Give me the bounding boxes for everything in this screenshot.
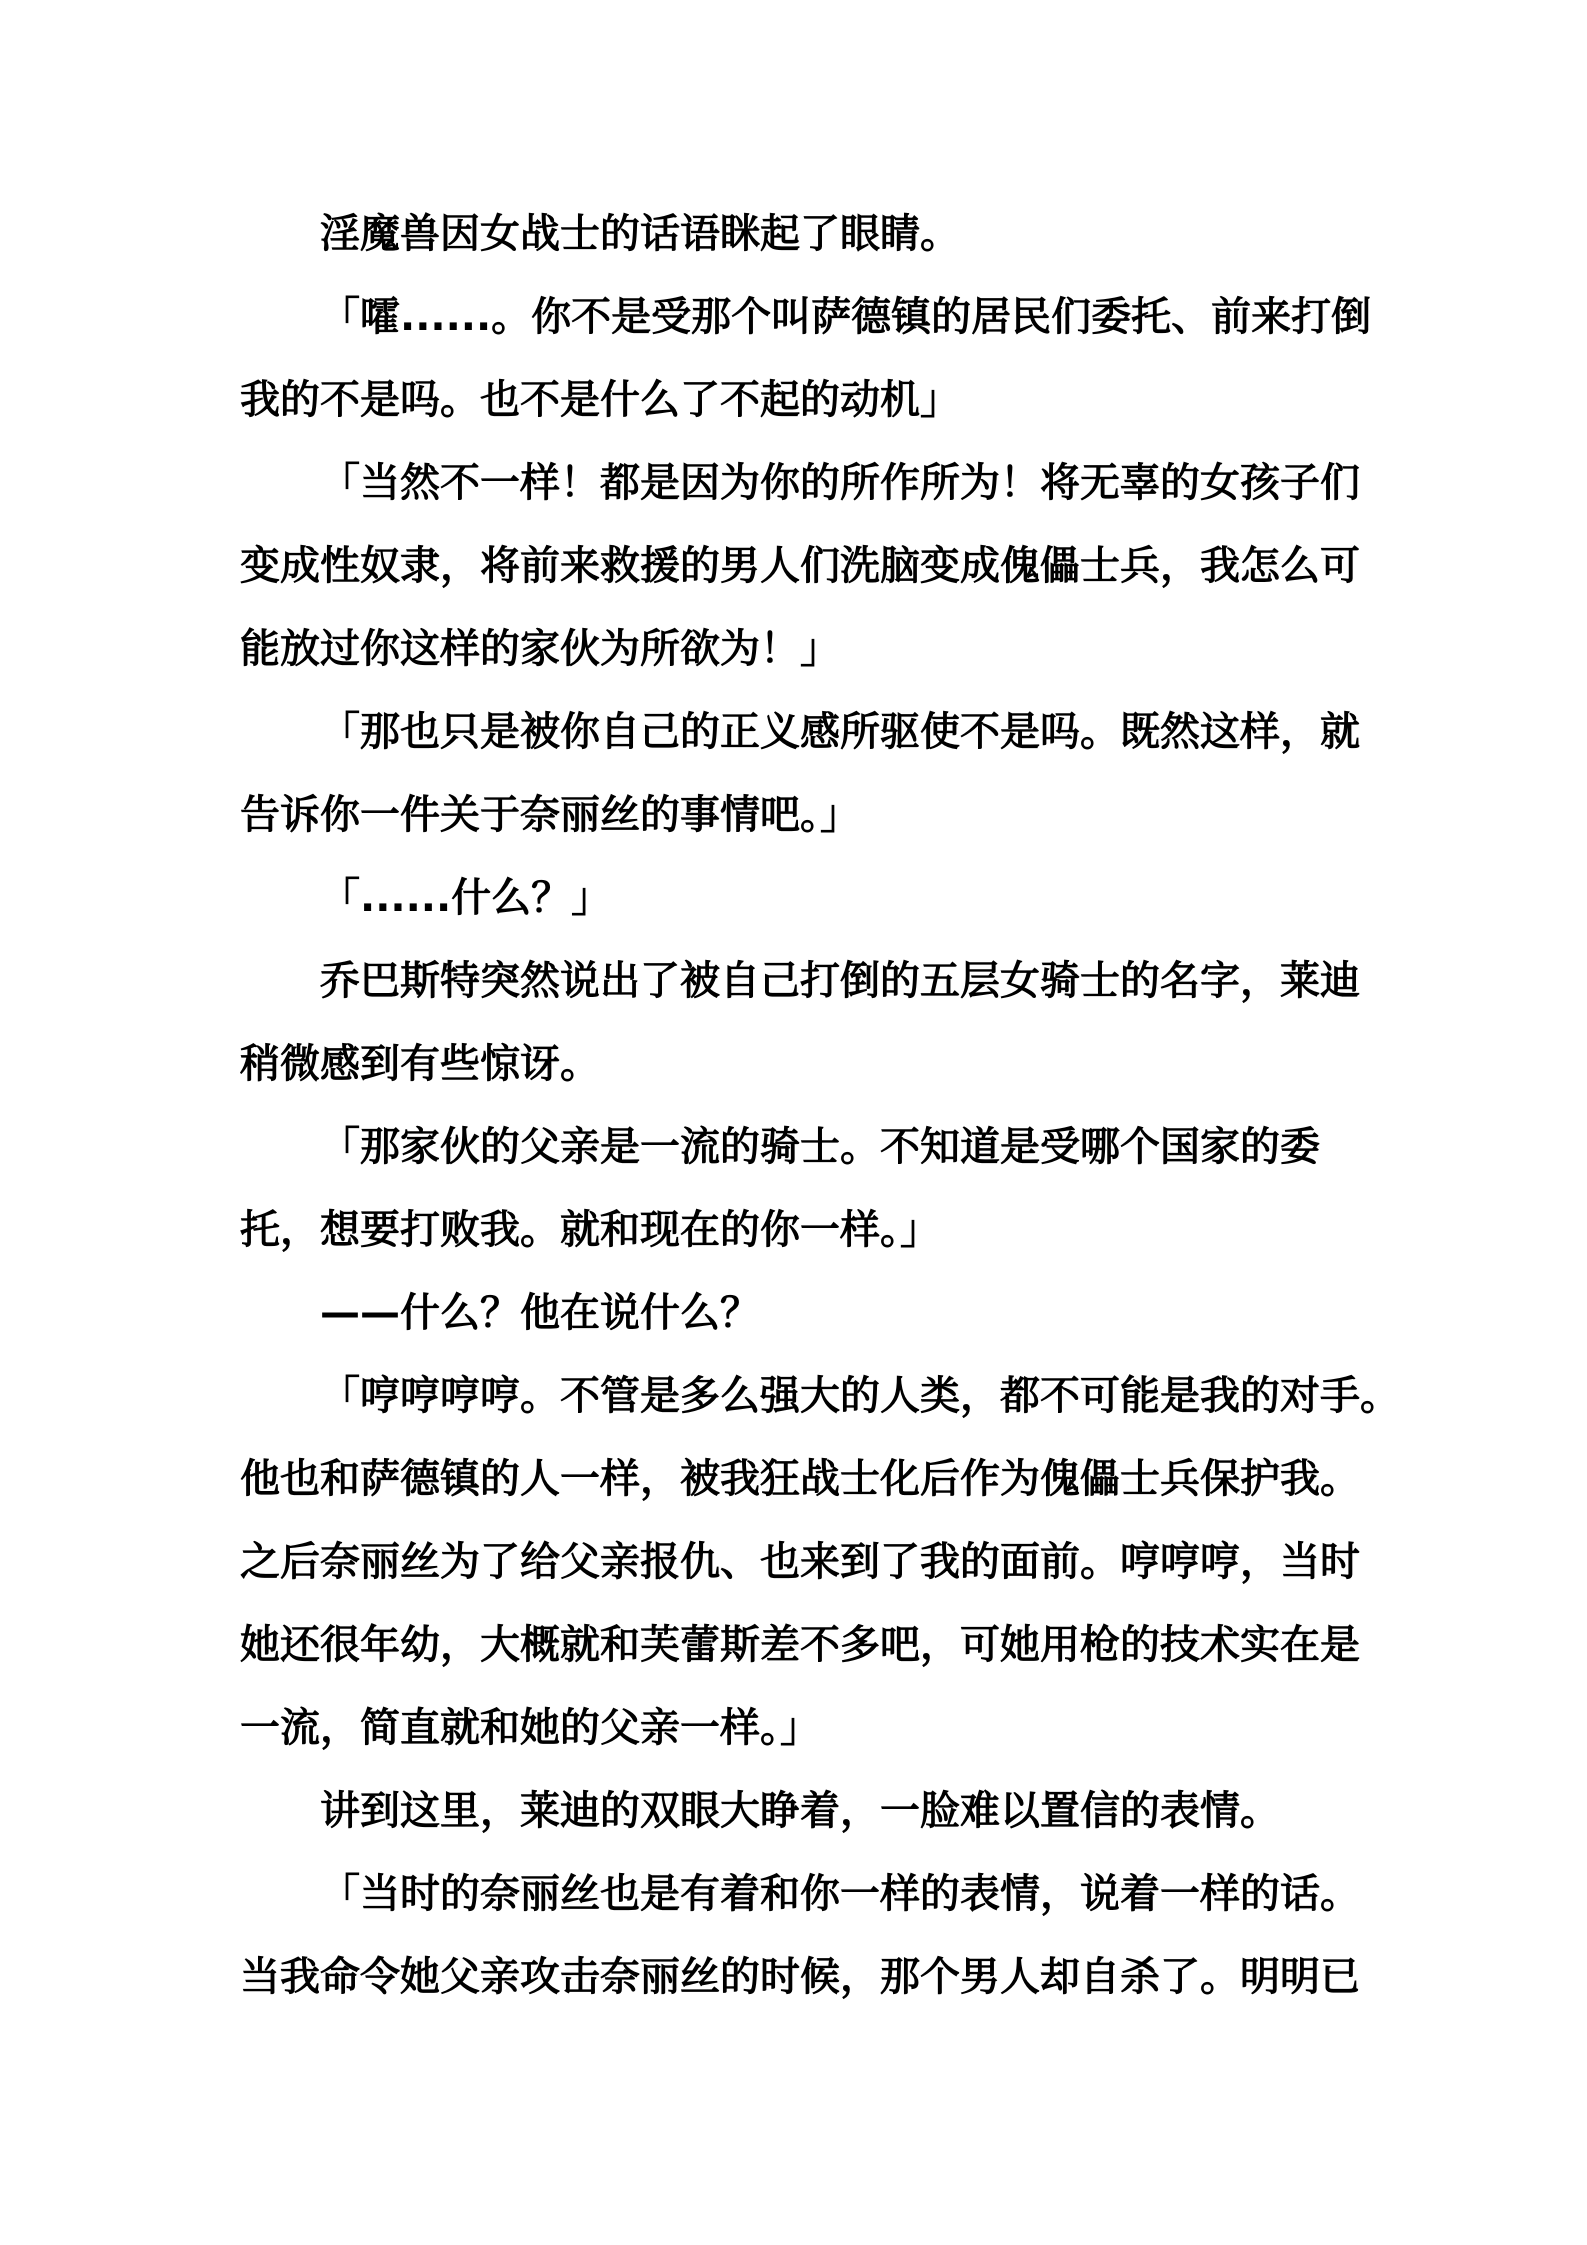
text-line: 变成性奴隶，将前来救援的男人们洗脑变成傀儡士兵，我怎么可: [240, 525, 1350, 608]
text-line: 告诉你一件关于奈丽丝的事情吧。」: [240, 774, 1350, 857]
text-line: 他也和萨德镇的人一样，被我狂战士化后作为傀儡士兵保护我。: [240, 1438, 1350, 1521]
text-line: ——什么？他在说什么？: [240, 1272, 1350, 1355]
text-line: 「那家伙的父亲是一流的骑士。不知道是受哪个国家的委: [240, 1106, 1350, 1189]
text-line: 之后奈丽丝为了给父亲报仇、也来到了我的面前。哼哼哼，当时: [240, 1521, 1350, 1604]
text-line: 「当时的奈丽丝也是有着和你一样的表情，说着一样的话。: [240, 1853, 1350, 1936]
text-line: 能放过你这样的家伙为所欲为！」: [240, 608, 1350, 691]
text-line: 「那也只是被你自己的正义感所驱使不是吗。既然这样，就: [240, 691, 1350, 774]
text-line: 当我命令她父亲攻击奈丽丝的时候，那个男人却自杀了。明明已: [240, 1936, 1350, 2019]
text-line: 稍微感到有些惊讶。: [240, 1023, 1350, 1106]
text-line: 托，想要打败我。就和现在的你一样。」: [240, 1189, 1350, 1272]
text-line: 她还很年幼，大概就和芙蕾斯差不多吧，可她用枪的技术实在是: [240, 1604, 1350, 1687]
text-line: 「......什么？」: [240, 857, 1350, 940]
text-line: 一流，简直就和她的父亲一样。」: [240, 1687, 1350, 1770]
text-line: 讲到这里，莱迪的双眼大睁着，一脸难以置信的表情。: [240, 1770, 1350, 1853]
novel-page: 淫魔兽因女战士的话语眯起了眼睛。 「嚯......。你不是受那个叫萨德镇的居民们…: [0, 0, 1587, 2245]
text-line: 我的不是吗。也不是什么了不起的动机」: [240, 359, 1350, 442]
text-line: 淫魔兽因女战士的话语眯起了眼睛。: [240, 193, 1350, 276]
text-line: 乔巴斯特突然说出了被自己打倒的五层女骑士的名字，莱迪: [240, 940, 1350, 1023]
text-block: 淫魔兽因女战士的话语眯起了眼睛。 「嚯......。你不是受那个叫萨德镇的居民们…: [240, 193, 1350, 2019]
text-line: 「当然不一样！都是因为你的所作所为！将无辜的女孩子们: [240, 442, 1350, 525]
text-line: 「哼哼哼哼。不管是多么强大的人类，都不可能是我的对手。: [240, 1355, 1350, 1438]
text-line: 「嚯......。你不是受那个叫萨德镇的居民们委托、前来打倒: [240, 276, 1350, 359]
